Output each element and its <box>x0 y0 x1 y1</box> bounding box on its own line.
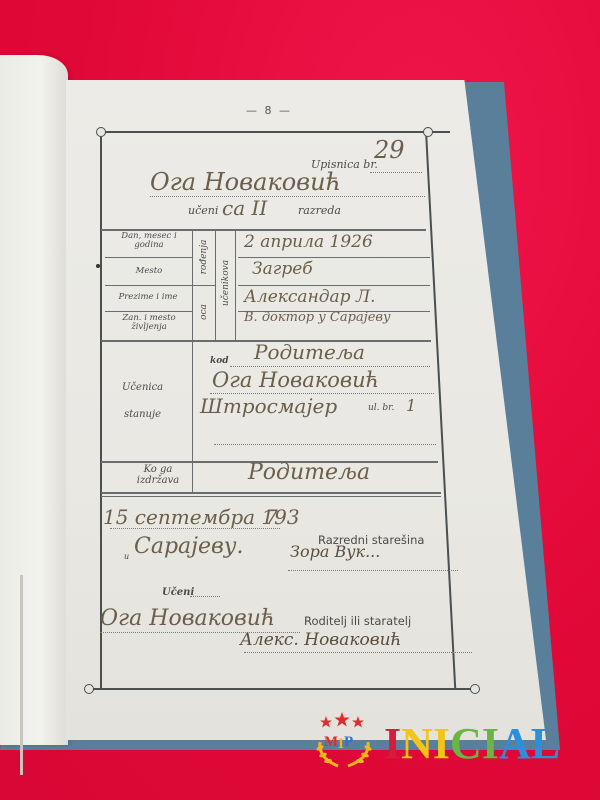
extra-dotted-line <box>214 444 436 445</box>
rotated-label-rodjenja: rođenja <box>199 239 209 275</box>
teacher-dotted-line <box>288 570 458 571</box>
support-value: Родитеља <box>248 460 370 485</box>
year-suffix: 7 <box>265 505 278 529</box>
parent-label: Roditelj ili staratelj <box>304 614 411 628</box>
row-rule <box>105 257 193 258</box>
class-prefix: učeni <box>188 204 218 217</box>
rotated-label-ucenikova: učenikova <box>221 255 231 311</box>
logo-letter: L <box>531 722 560 766</box>
page-tear <box>20 575 23 775</box>
page-number: — 8 — <box>246 104 292 117</box>
street-value: Штросмајер <box>200 394 337 418</box>
corner-ornament-icon <box>470 684 480 694</box>
father-name-value: Александар Л. <box>244 287 376 307</box>
svg-text:P: P <box>344 734 353 750</box>
svg-text:M: M <box>324 734 338 750</box>
logo-letter: I <box>433 722 450 766</box>
support-bottom-rule <box>101 492 441 494</box>
form-frame-bottom <box>90 688 476 690</box>
class-value: ca II <box>222 196 267 220</box>
row-rule <box>238 285 430 286</box>
student-signature: Ога Новаковић <box>100 606 275 631</box>
registration-number: 29 <box>374 136 405 164</box>
residence-label-2: stanuje <box>124 409 161 420</box>
row-rule <box>105 285 215 286</box>
support-bottom-rule-2 <box>101 496 441 497</box>
kod-label: kod <box>210 356 229 366</box>
rotated-label-oca: oca <box>199 302 209 322</box>
street-suffix-label: ul. br. <box>368 403 394 413</box>
residence-name-value: Ога Новаковић <box>212 368 379 392</box>
date-dotted-line <box>110 528 280 529</box>
inicial-watermark-logo: M I P INICIAL <box>312 712 592 772</box>
row-rule <box>105 311 193 312</box>
father-occupation-label: Zan. i mesto življenja <box>112 314 186 332</box>
class-suffix: razreda <box>298 204 341 217</box>
corner-ornament-icon <box>96 127 106 137</box>
corner-ornament-icon <box>423 127 433 137</box>
birth-date-value: 2 априла 1926 <box>244 232 373 252</box>
table-divider <box>235 229 236 340</box>
father-occupation-value: В. доктор у Сарајеву <box>244 311 434 325</box>
place-prefix: u <box>124 552 129 561</box>
birth-place-value: Загреб <box>252 259 313 279</box>
margin-dot <box>96 264 100 268</box>
residence-label-1: Učenica <box>122 382 163 393</box>
mip-emblem-icon: M I P <box>312 712 382 772</box>
inicial-wordmark: INICIAL <box>384 722 560 766</box>
parent-dotted-line <box>244 652 472 653</box>
street-number: 1 <box>406 396 416 415</box>
corner-ornament-icon <box>84 684 94 694</box>
support-label: Ko ga izdržava <box>130 464 186 486</box>
kod-dotted-line <box>230 366 430 367</box>
logo-letter: I <box>482 722 499 766</box>
row-rule <box>238 257 430 258</box>
student-label-dotted-line <box>190 596 220 597</box>
logo-letter: I <box>384 722 401 766</box>
place-value: Сарајеву. <box>134 534 244 559</box>
name-dotted-line <box>150 196 425 197</box>
logo-letter: A <box>499 722 531 766</box>
table-divider <box>215 229 216 340</box>
father-name-label: Prezime i ime <box>108 292 188 302</box>
logo-letter: N <box>401 722 433 766</box>
section-divider <box>192 341 193 461</box>
kod-value: Родитеља <box>254 340 365 364</box>
registration-dotted-line <box>370 172 422 173</box>
left-page <box>0 55 68 745</box>
student-name: Ога Новаковић <box>150 168 341 196</box>
support-divider <box>192 461 193 493</box>
parent-signature: Алекс. Новаковић <box>240 630 402 650</box>
birth-date-label: Dan, mesec i godina <box>112 232 186 250</box>
logo-letter: C <box>450 722 482 766</box>
teacher-signature: Зора Вук... <box>290 542 380 561</box>
birth-place-label: Mesto <box>112 266 186 276</box>
